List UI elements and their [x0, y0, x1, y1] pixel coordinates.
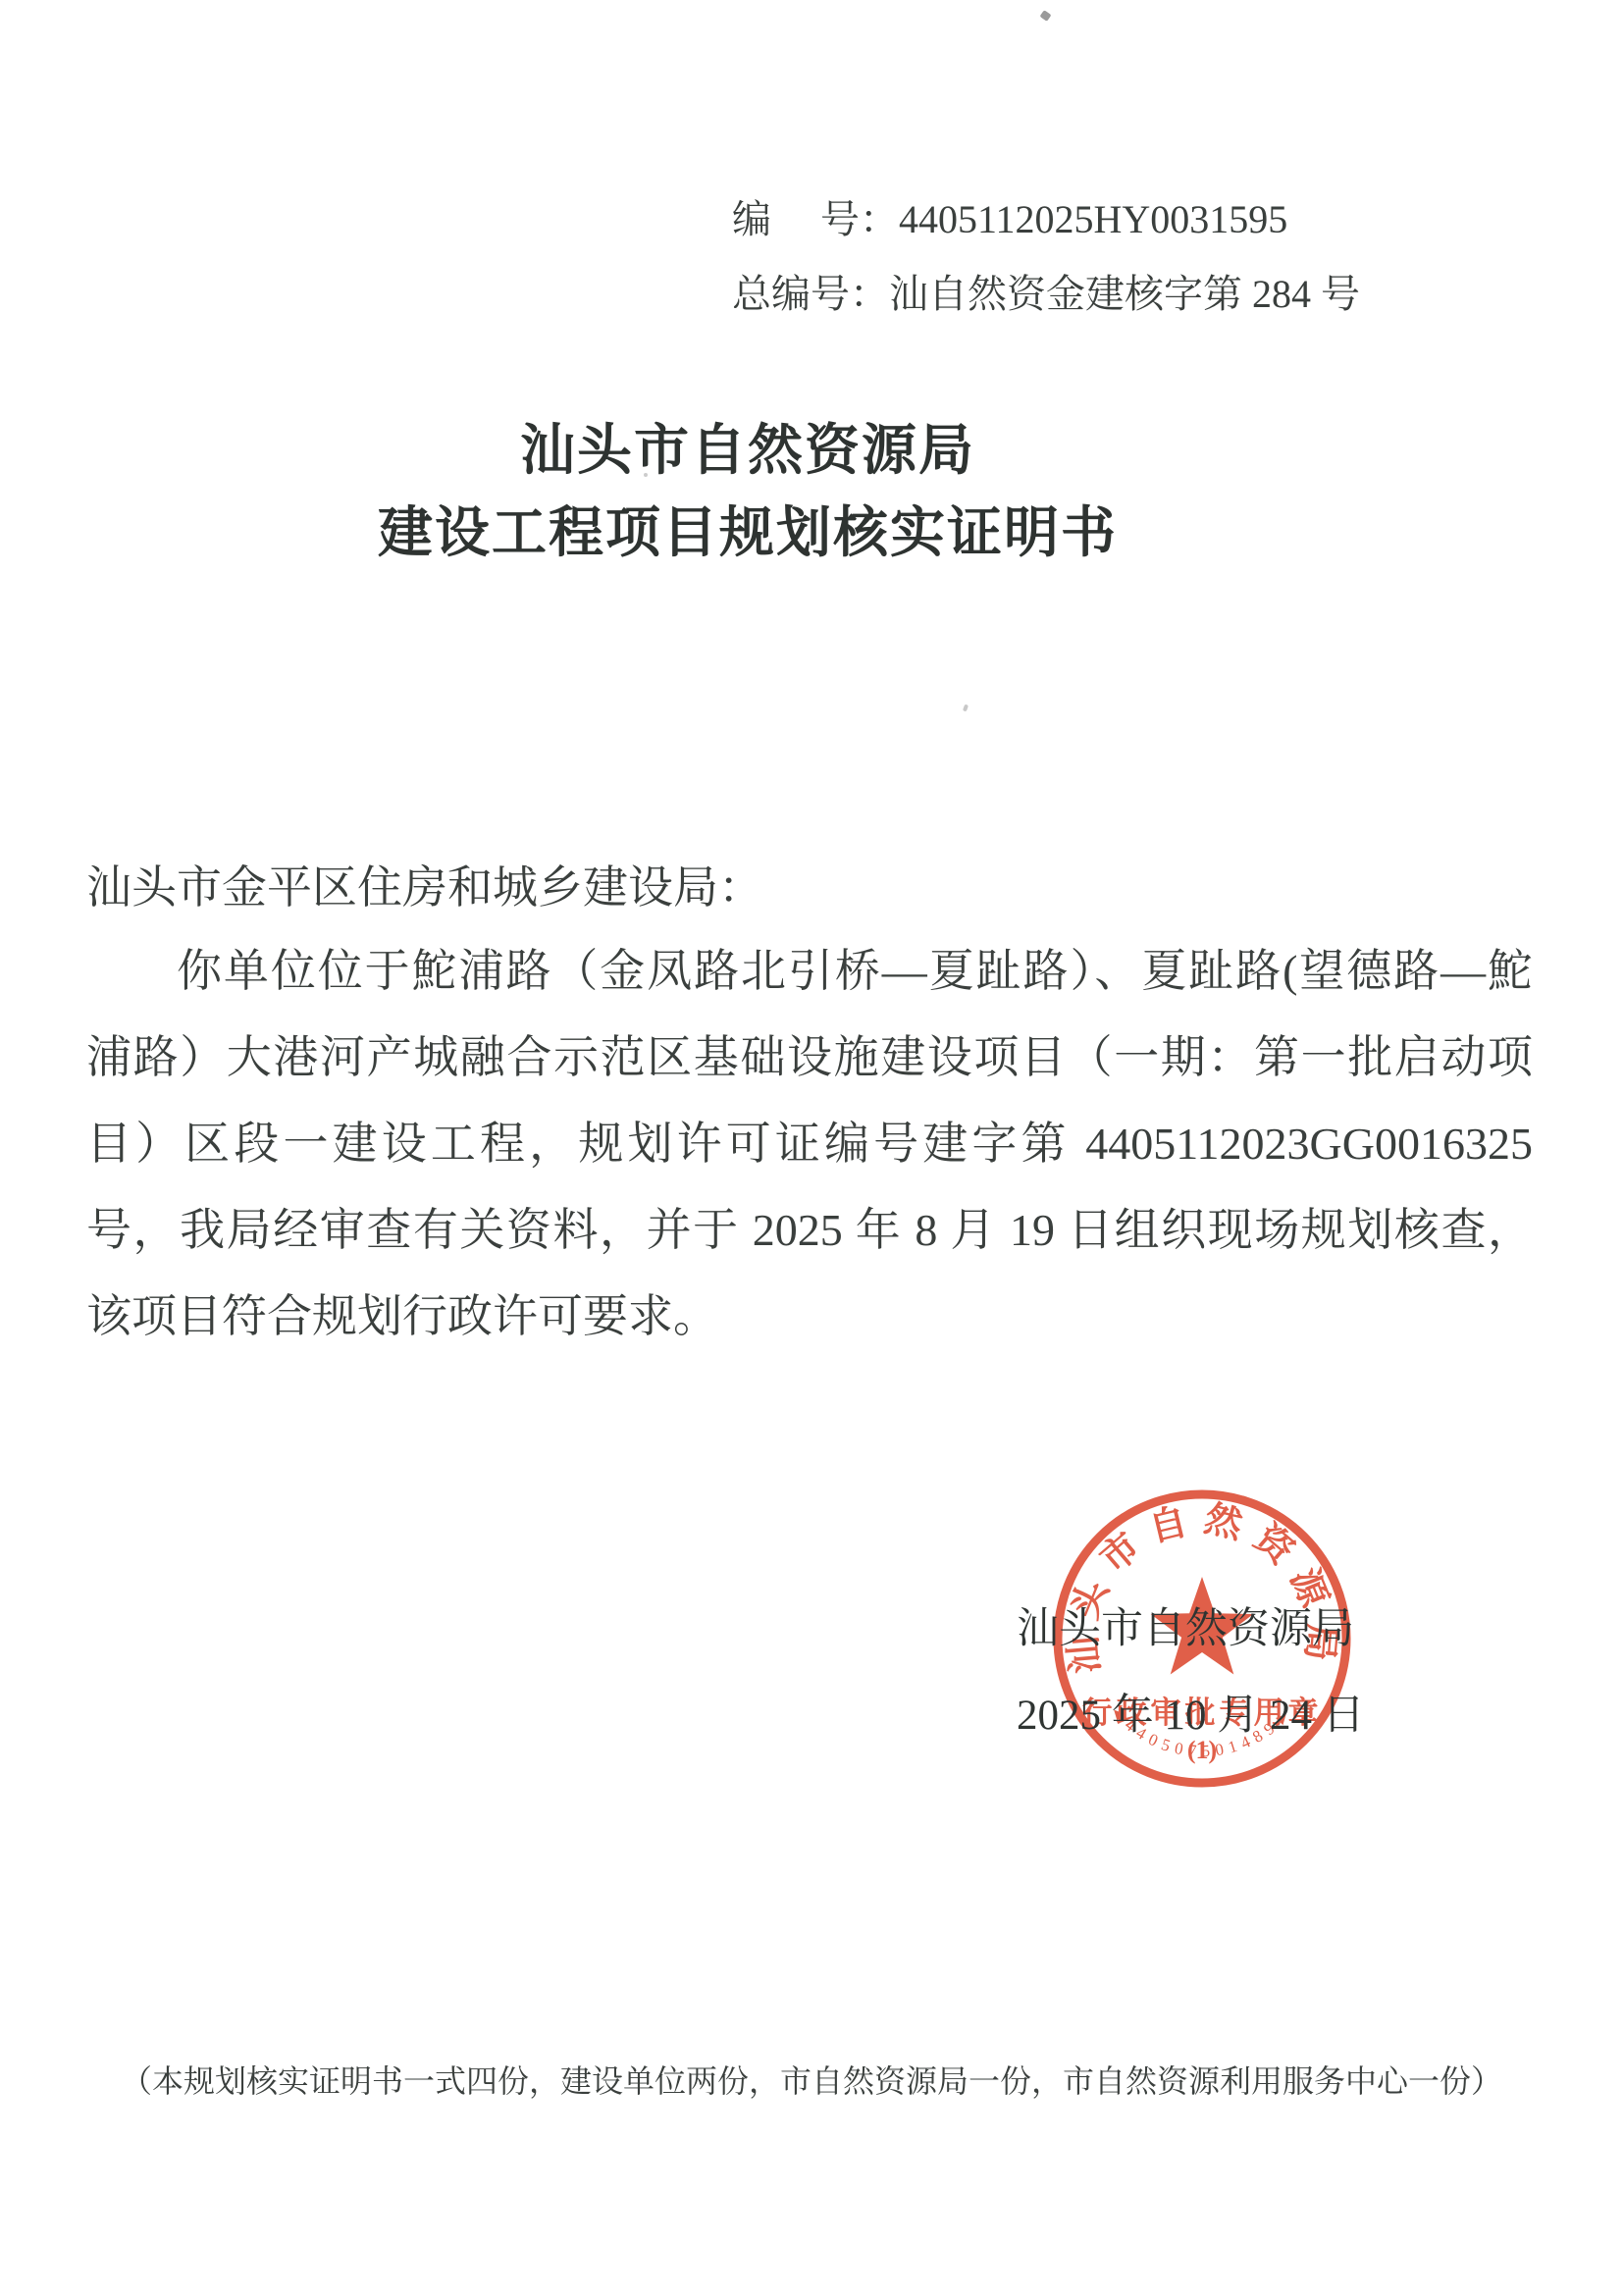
body-paragraph: 你单位位于鮀浦路（金凤路北引桥—夏趾路）、夏趾路(望德路—鮀 浦路）大港河产城融…: [86, 928, 1533, 1360]
title-line-1: 汕头市自然资源局: [0, 410, 1495, 493]
document-title: 汕头市自然资源局 建设工程项目规划核实证明书: [0, 410, 1495, 575]
master-serial-label: 总编号：: [732, 272, 889, 316]
body-line: 该项目符合规划行政许可要求。: [86, 1274, 1533, 1360]
body-line: 号，我局经审查有关资料，并于 2025 年 8 月 19 日组织现场规划核查，: [86, 1187, 1533, 1274]
serial-number-value: 4405112025HY0031595: [899, 197, 1287, 241]
serial-number-label: 编 号：: [732, 197, 899, 241]
master-serial-value: 汕自然资金建核字第 284 号: [889, 272, 1360, 316]
body-line: 你单位位于鮀浦路（金凤路北引桥—夏趾路）、夏趾路(望德路—鮀: [86, 928, 1533, 1015]
signature-date: 2025 年 10 月 24 日: [1017, 1682, 1365, 1742]
body-line: 目）区段一建设工程，规划许可证编号建字第 4405112023GG0016325: [86, 1101, 1533, 1187]
signature-issuer: 汕头市自然资源局: [1017, 1595, 1354, 1655]
scan-artifact: [1040, 10, 1052, 22]
title-line-2: 建设工程项目规划核实证明书: [0, 493, 1495, 575]
scan-artifact: [644, 473, 648, 477]
serial-number-line: 编 号：4405112025HY0031595: [732, 196, 1287, 243]
master-serial-line: 总编号：汕自然资金建核字第 284 号: [732, 271, 1360, 318]
body-line: 浦路）大港河产城融合示范区基础设施建设项目（一期：第一批启动项: [86, 1015, 1533, 1101]
salutation: 汕头市金平区住房和城乡建设局：: [86, 852, 763, 916]
certificate-page: 编 号：4405112025HY0031595 总编号：汕自然资金建核字第 28…: [0, 0, 1623, 2296]
scan-artifact: [963, 704, 969, 712]
footer-note: （本规划核实证明书一式四份，建设单位两份，市自然资源局一份，市自然资源利用服务中…: [0, 2057, 1623, 2102]
